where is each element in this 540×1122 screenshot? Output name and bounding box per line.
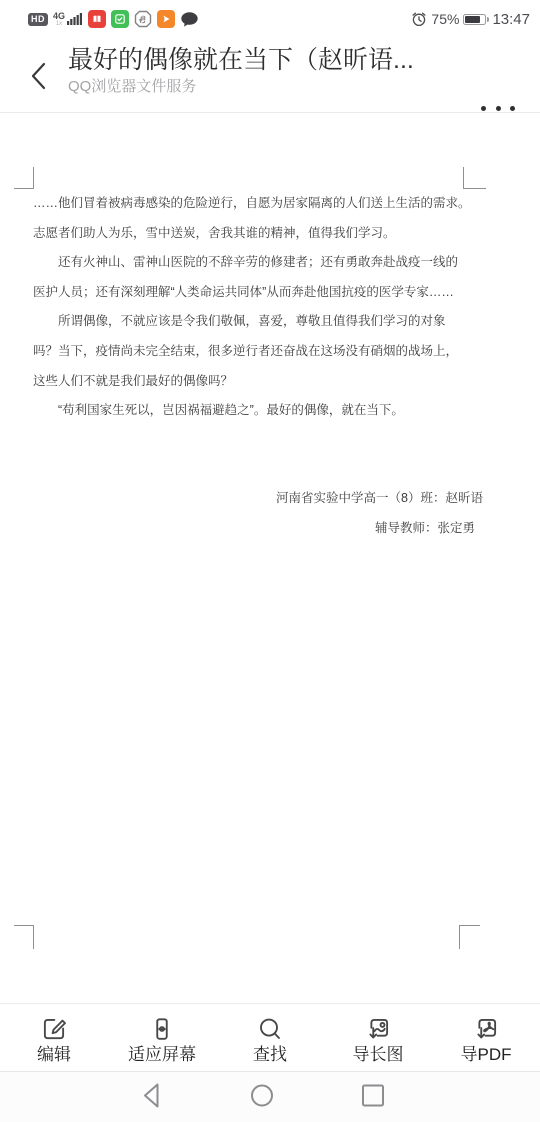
battery-icon <box>463 14 486 25</box>
text-line: 志愿者们助人为乐，雪中送炭，舍我其谁的精神，值得我们学习。 <box>33 219 508 249</box>
network-type-label: 4G <box>53 12 65 21</box>
android-nav-bar <box>0 1071 540 1122</box>
toolbar-label: 查找 <box>253 1045 287 1065</box>
bottom-toolbar: 编辑 适应屏幕 查找 <box>0 1003 540 1072</box>
more-dots-icon <box>481 106 486 111</box>
author-signature: 河南省实验中学高一（8）班：赵昕语 <box>276 484 483 514</box>
android-recents-button[interactable] <box>361 1081 385 1116</box>
hd-badge: HD <box>28 13 48 26</box>
chevron-left-icon <box>26 60 52 92</box>
phone-screen: HD 4G 1x <box>0 0 540 1122</box>
text-line: 医护人员；还有深刻理解“人类命运共同体”从而奔赴他国抗疫的医学专家…… <box>33 278 508 308</box>
page-corner-mark-top-left <box>14 167 34 189</box>
page-subtitle: QQ浏览器文件服务 <box>68 77 470 97</box>
page-corner-mark-bottom-left <box>14 925 34 949</box>
app-header: 最好的偶像就在当下（赵昕语... QQ浏览器文件服务 <box>0 38 540 113</box>
status-bar: HD 4G 1x <box>0 0 540 38</box>
export-pdf-button[interactable]: 导PDF <box>432 1004 540 1072</box>
toolbar-label: 导PDF <box>461 1045 512 1065</box>
android-home-button[interactable] <box>250 1081 274 1116</box>
document-body-text: ……他们冒着被病毒感染的危险逆行，自愿为居家隔离的人们送上生活的需求。 志愿者们… <box>33 189 508 426</box>
document-page[interactable]: ……他们冒着被病毒感染的危险逆行，自愿为居家隔离的人们送上生活的需求。 志愿者们… <box>0 113 540 1003</box>
status-left-cluster: HD 4G 1x <box>28 10 199 28</box>
status-right-cluster: 75% 13:47 <box>411 11 532 28</box>
android-back-icon <box>140 1081 162 1111</box>
hand-octagon-icon <box>134 10 152 28</box>
toolbar-label: 导长图 <box>353 1045 404 1065</box>
green-check-app-icon <box>111 10 129 28</box>
text-line: 还有火神山、雷神山医院的不辞辛劳的修建者；还有勇敢奔赴战疫一线的 <box>33 248 508 278</box>
orange-play-app-icon <box>157 10 175 28</box>
teacher-signature: 辅导教师：张定勇 <box>276 514 483 544</box>
network-sub-label: 1x <box>56 21 62 27</box>
red-book-app-icon <box>88 10 106 28</box>
page-corner-mark-bottom-right <box>459 925 480 949</box>
battery-percent-label: 75% <box>431 11 459 27</box>
battery-tip <box>487 17 490 22</box>
clock-label: 13:47 <box>492 11 530 28</box>
export-long-image-button[interactable]: 导长图 <box>324 1004 432 1072</box>
search-icon <box>255 1014 285 1044</box>
text-line: 这些人们不就是我们最好的偶像吗？ <box>33 367 508 397</box>
text-line: “苟利国家生死以，岂因祸福避趋之”。最好的偶像，就在当下。 <box>33 396 508 426</box>
more-dots-icon <box>496 106 501 111</box>
android-home-icon <box>250 1081 274 1111</box>
page-title: 最好的偶像就在当下（赵昕语... <box>68 44 470 76</box>
edit-icon <box>39 1014 69 1044</box>
toolbar-label: 编辑 <box>37 1045 71 1065</box>
fit-screen-icon <box>147 1014 177 1044</box>
signal-bars-icon: 4G 1x <box>53 11 83 27</box>
export-long-image-icon <box>363 1014 393 1044</box>
back-button[interactable] <box>26 60 52 92</box>
more-dots-icon <box>510 106 515 111</box>
edit-button[interactable]: 编辑 <box>0 1004 108 1072</box>
fit-screen-button[interactable]: 适应屏幕 <box>108 1004 216 1072</box>
battery-fill <box>465 16 479 23</box>
toolbar-label: 适应屏幕 <box>128 1045 196 1065</box>
page-corner-mark-top-right <box>463 167 486 189</box>
signal-strength-icon <box>67 11 83 27</box>
header-text-block: 最好的偶像就在当下（赵昕语... QQ浏览器文件服务 <box>68 44 470 97</box>
find-button[interactable]: 查找 <box>216 1004 324 1072</box>
signature-block: 河南省实验中学高一（8）班：赵昕语 辅导教师：张定勇 <box>276 484 483 543</box>
android-recents-icon <box>361 1081 385 1111</box>
text-line: ……他们冒着被病毒感染的危险逆行，自愿为居家隔离的人们送上生活的需求。 <box>33 189 508 219</box>
android-back-button[interactable] <box>140 1081 162 1116</box>
text-line: 吗？当下，疫情尚未完全结束，很多逆行者还奋战在这场没有硝烟的战场上， <box>33 337 508 367</box>
more-menu-button[interactable] <box>481 106 515 111</box>
chat-bubble-icon <box>180 11 199 28</box>
text-line: 所谓偶像，不就应该是令我们敬佩，喜爱，尊敬且值得我们学习的对象 <box>33 307 508 337</box>
export-pdf-icon <box>471 1014 501 1044</box>
alarm-clock-icon <box>411 11 427 27</box>
